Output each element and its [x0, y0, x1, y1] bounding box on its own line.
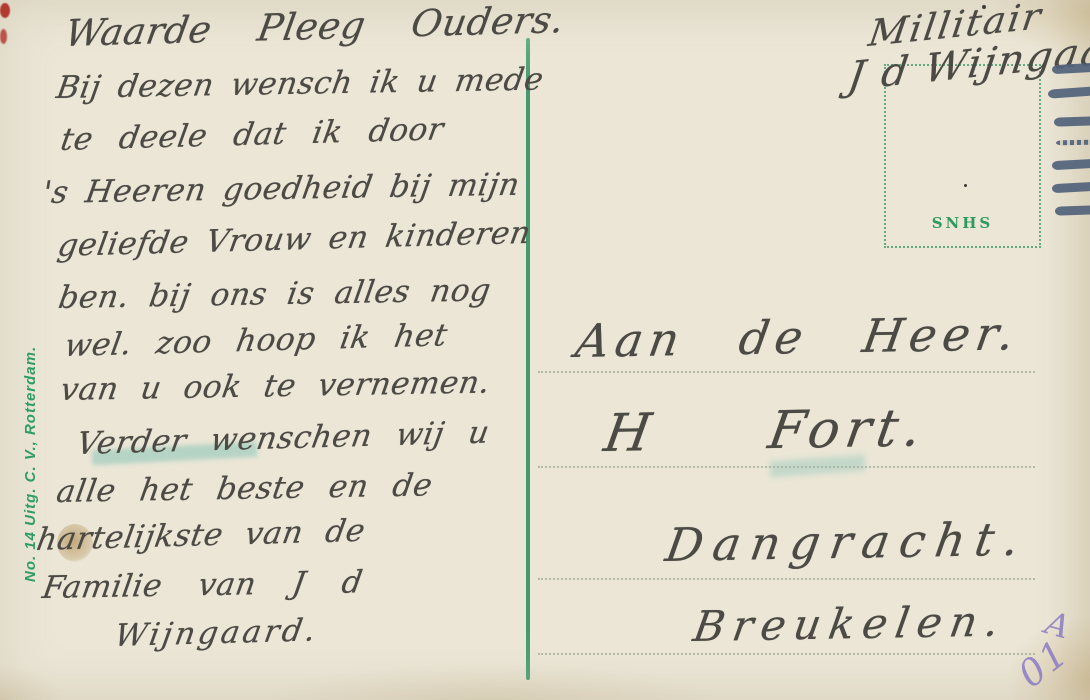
address-area: Millitair J d Wijngaa Aan de Heer. H For… [0, 0, 1090, 700]
postmark-bar [1052, 182, 1090, 193]
address-line: Breukelen. [690, 597, 1011, 651]
postmark-bar [1052, 63, 1090, 74]
postmark-bar [1052, 159, 1090, 170]
postmark-bar [1054, 116, 1090, 126]
address-line: H Fort. [600, 398, 931, 464]
postmark-bar [1055, 205, 1090, 215]
postmark-bar [1048, 86, 1090, 98]
address-line: Aan de Heer. [572, 306, 1024, 368]
postmark-bar [1056, 140, 1090, 146]
postmark-cancellation-lines [1046, 60, 1090, 224]
postcard-back: No. 14 Uitg. C. V., Rotterdam. SNHS Waar… [0, 0, 1090, 700]
address-line: Dangracht. [662, 512, 1033, 572]
